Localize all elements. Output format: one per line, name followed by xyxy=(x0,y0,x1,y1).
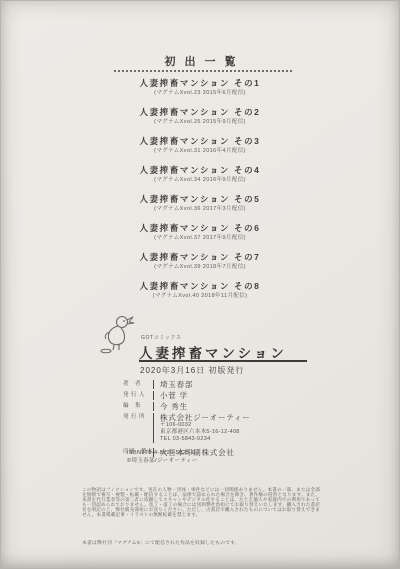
chapter-source: (マグナムXvol.25 2015年9月配信) xyxy=(1,118,399,126)
credit-row-publishing-house: 発 行 所 株式会社ジーオーティー 〒106-0032 東京都港区六本木5-16… xyxy=(123,413,308,443)
copyright-line: ©埼玉春部/ジーオーティー xyxy=(127,458,198,466)
bird-mascot-icon xyxy=(98,314,142,354)
title-rule xyxy=(139,360,307,362)
list-item: 人妻搾畜マンション その7 (マグナムXvol.39 2018年7月配信) xyxy=(1,252,399,271)
chapter-title: 人妻搾畜マンション その3 xyxy=(1,136,399,147)
chapter-source: (マグナムXvol.36 2017年3月配信) xyxy=(1,205,399,213)
isbn-block: ISBN978-4-8229-5029-8 ©埼玉春部/ジーオーティー xyxy=(127,450,198,465)
chapter-source: (マグナムXvol.40 2018年11月配信) xyxy=(1,292,399,300)
chapter-title: 人妻搾畜マンション その6 xyxy=(1,223,399,234)
credit-label: 発 行 所 xyxy=(123,413,153,443)
publisher-phone: TEL 03-5843-0234 xyxy=(160,436,251,443)
scanned-colophon-page: 初出一覧 人妻搾畜マンション その1 (マグナムXvol.23 2015年6月配… xyxy=(1,1,399,568)
list-item: 人妻搾畜マンション その3 (マグナムXvol.31 2016年4月配信) xyxy=(1,136,399,155)
publication-date: 2020年3月16日 初版発行 xyxy=(140,365,244,376)
list-item: 人妻搾畜マンション その8 (マグナムXvol.40 2018年11月配信) xyxy=(1,281,399,300)
chapter-source: (マグナムXvol.39 2018年7月配信) xyxy=(1,263,399,271)
credit-row-editor: 編 集 今 秀生 xyxy=(123,402,308,411)
credit-value: 今 秀生 xyxy=(153,402,188,411)
publisher-address: 東京都港区六本木5-16-12-408 xyxy=(160,429,251,436)
list-item: 人妻搾畜マンション その4 (マグナムXvol.34 2016年9月配信) xyxy=(1,165,399,184)
credit-label: 発 行 人 xyxy=(123,391,153,400)
isbn-number: ISBN978-4-8229-5029-8 xyxy=(127,450,198,458)
book-title: 人妻搾畜マンション xyxy=(139,342,287,362)
first-publication-list: 人妻搾畜マンション その1 (マグナムXvol.23 2015年6月配信) 人妻… xyxy=(1,78,399,310)
chapter-source: (マグナムXvol.34 2016年9月配信) xyxy=(1,176,399,184)
chapter-source: (マグナムXvol.37 2017年9月配信) xyxy=(1,234,399,242)
publisher-name: 株式会社ジーオーティー xyxy=(160,413,251,422)
credit-label: 編 集 xyxy=(123,402,153,411)
chapter-title: 人妻搾畜マンション その8 xyxy=(1,281,399,292)
chapter-source: (マグナムXvol.23 2015年6月配信) xyxy=(1,89,399,97)
publisher-postcode: 〒106-0032 xyxy=(160,422,251,429)
chapter-source: (マグナムXvol.31 2016年4月配信) xyxy=(1,147,399,155)
legal-notice: この物語はフィクションです。実在の人物・団体・事件などには一切関係ありません。本… xyxy=(82,487,320,517)
list-item: 人妻搾畜マンション その6 (マグナムXvol.37 2017年9月配信) xyxy=(1,223,399,242)
source-note: 本書は弊社刊「マグナムX」にて配信された作品を収録したものです。 xyxy=(82,539,320,546)
list-item: 人妻搾畜マンション その2 (マグナムXvol.25 2015年9月配信) xyxy=(1,107,399,126)
dotted-divider xyxy=(114,70,292,72)
credit-value: 埼玉春部 xyxy=(153,380,193,389)
chapter-title: 人妻搾畜マンション その4 xyxy=(1,165,399,176)
imprint-label: GOTコミックス xyxy=(141,334,181,341)
credit-value: 株式会社ジーオーティー 〒106-0032 東京都港区六本木5-16-12-40… xyxy=(153,413,251,443)
credits-table: 著 者 埼玉春部 発 行 人 小菅 学 編 集 今 秀生 発 行 所 株式会社ジ… xyxy=(123,380,308,459)
credit-label: 著 者 xyxy=(123,380,153,389)
chapter-title: 人妻搾畜マンション その2 xyxy=(1,107,399,118)
chapter-title: 人妻搾畜マンション その1 xyxy=(1,78,399,89)
chapter-title: 人妻搾畜マンション その7 xyxy=(1,252,399,263)
list-item: 人妻搾畜マンション その1 (マグナムXvol.23 2015年6月配信) xyxy=(1,78,399,97)
chapter-title: 人妻搾畜マンション その5 xyxy=(1,194,399,205)
first-publication-heading: 初出一覧 xyxy=(1,53,399,69)
credit-row-publisher-person: 発 行 人 小菅 学 xyxy=(123,391,308,400)
credit-row-author: 著 者 埼玉春部 xyxy=(123,380,308,389)
list-item: 人妻搾畜マンション その5 (マグナムXvol.36 2017年3月配信) xyxy=(1,194,399,213)
credit-value: 小菅 学 xyxy=(153,391,188,400)
